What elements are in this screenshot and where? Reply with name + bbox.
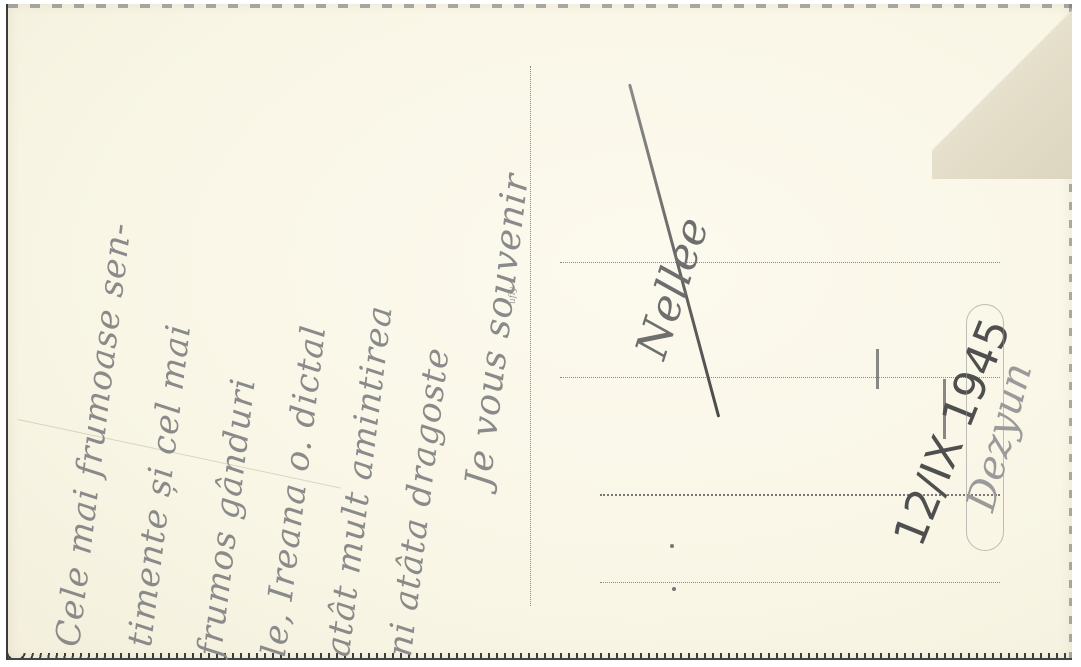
address-line [600, 582, 1000, 583]
addressee-name: Nellee [626, 211, 719, 364]
closing-line: Je vous souvenir [458, 171, 537, 489]
roman-numeral-bar [876, 349, 879, 389]
message-line: le, Ireana o. dictal [254, 323, 334, 659]
center-divider-line [530, 66, 531, 606]
scanned-postcard: Cele mai frumoase sen- timente și cel ma… [0, 0, 1081, 667]
paper-speck [670, 544, 674, 548]
paper-speck [672, 587, 676, 591]
message-line: frumos gânduri [190, 376, 264, 659]
message-line: timente și cel mai [120, 322, 199, 649]
message-line: Cele mai frumoase sen- [48, 220, 140, 649]
folded-corner [932, 4, 1072, 179]
message-line: ni atâta dragoste [380, 345, 458, 659]
address-line [560, 262, 1000, 263]
divider-printer-mark: ufly [508, 287, 518, 304]
postcard-back: Cele mai frumoase sen- timente și cel ma… [6, 4, 1072, 660]
deckled-edge-top [8, 4, 1072, 8]
deckled-edge-bottom [8, 653, 1072, 660]
address-line [560, 377, 1000, 378]
